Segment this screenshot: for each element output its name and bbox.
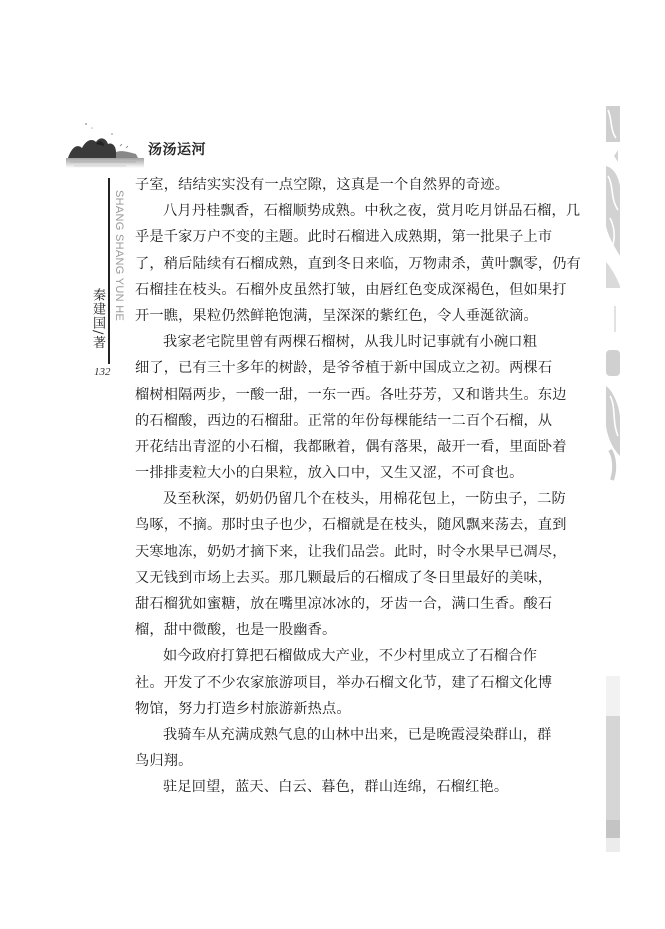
text-line: 鸟归翔。: [135, 748, 543, 774]
text-line: 开花结出青涩的小石榴，我都瞅着，偶有落果，敲开一看，里面卧着: [135, 434, 543, 460]
text-line: 物馆，努力打造乡村旅游新热点。: [135, 696, 543, 722]
text-line: 驻足回望，蓝天、白云、暮色，群山连绵，石榴红艳。: [135, 774, 543, 800]
page-number: 132: [94, 366, 111, 378]
text-line: 天寒地冻，奶奶才摘下来，让我们品尝。此时，时令水果早已凋尽，: [135, 539, 543, 565]
text-line: 如今政府打算把石榴做成大产业，不少村里成立了石榴合作: [135, 643, 543, 669]
text-line: 子室，结结实实没有一点空隙，这真是一个自然界的奇迹。: [135, 172, 543, 198]
text-line: 石榴挂在枝头。石榴外皮虽然打皱，由唇红色变成深褐色，但如果打: [135, 277, 543, 303]
text-line: 的石榴酸，西边的石榴甜。正常的年份每棵能结一二百个石榴，从: [135, 408, 543, 434]
text-line: 我骑车从充满成熟气息的山林中出来，已是晚霞浸染群山，群: [135, 722, 543, 748]
body-text: 子室，结结实实没有一点空隙，这真是一个自然界的奇迹。 八月丹桂飘香，石榴顺势成熟…: [135, 172, 543, 801]
text-line: 鸟啄，不摘。那时虫子也少，石榴就是在枝头，随风飘来荡去，直到: [135, 512, 543, 538]
text-line: 开一瞧，果粒仍然鲜艳饱满，呈深深的紫红色，令人垂涎欲滴。: [135, 303, 543, 329]
margin-vertical-rule: [108, 178, 110, 364]
text-line: 社。开发了不少农家旅游项目，举办石榴文化节，建了石榴文化博: [135, 670, 543, 696]
ink-landscape-icon: [66, 118, 146, 174]
running-header-title: 汤汤运河: [148, 139, 206, 159]
text-line: 榴，甜中微酸，也是一股幽香。: [135, 617, 543, 643]
text-line: 了，稍后陆续有石榴成熟，直到冬日来临，万物肃杀，黄叶飘零，仍有: [135, 251, 543, 277]
floral-pattern-band-icon: [606, 106, 620, 852]
text-line: 八月丹桂飘香，石榴顺势成熟。中秋之夜，赏月吃月饼品石榴，几: [135, 198, 543, 224]
text-line: 细了，已有三十多年的树龄，是爷爷植于新中国成立之初。两棵石: [135, 355, 543, 381]
book-title-pinyin: SHANG SHANG YUN HE: [113, 190, 125, 321]
book-page: 汤汤运河 SHANG SHANG YUN HE 秦建国/著 132 子室，结结实…: [0, 0, 665, 929]
text-line: 一排排麦粒大小的白果粒，放入口中，又生又涩，不可食也。: [135, 460, 543, 486]
author-credit: 秦建国/著: [88, 288, 107, 349]
text-line: 榴树相隔两步，一酸一甜，一东一西。各吐芬芳，又和谐共生。东边: [135, 382, 543, 408]
text-line: 乎是千家万户不变的主题。此时石榴进入成熟期，第一批果子上市: [135, 224, 543, 250]
text-line: 又无钱到市场上去买。那几颗最后的石榴成了冬日里最好的美味，: [135, 565, 543, 591]
text-line: 我家老宅院里曾有两棵石榴树，从我儿时记事就有小碗口粗: [135, 329, 543, 355]
text-line: 及至秋深，奶奶仍留几个在枝头，用棉花包上，一防虫子，二防: [135, 486, 543, 512]
text-line: 甜石榴犹如蜜糖，放在嘴里凉冰冰的，牙齿一合，满口生香。酸石: [135, 591, 543, 617]
